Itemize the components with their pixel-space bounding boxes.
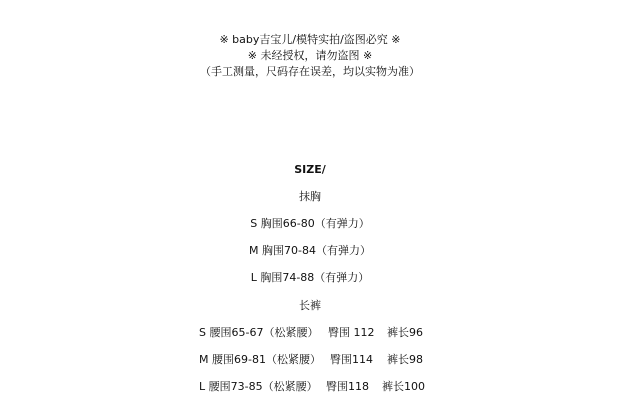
size-heading: SIZE/	[0, 163, 620, 177]
pants-title: 长裤	[0, 299, 620, 313]
notice-line-1: ※ baby吉宝儿/模特实拍/盗图必究 ※	[0, 33, 620, 47]
top-size-row-l: L 胸围74-88（有弹力）	[0, 271, 620, 285]
length-cell: 裤长98	[387, 353, 423, 367]
top-size-row-s: S 胸围66-80（有弹力）	[0, 217, 620, 231]
hip-cell: 臀围118	[326, 380, 369, 394]
top-title: 抹胸	[0, 190, 620, 204]
top-size-row-m: M 胸围70-84（有弹力）	[0, 244, 620, 258]
waist-cell: L 腰围73-85（松紧腰）	[199, 380, 318, 394]
notice-line-3: （手工测量，尺码存在误差，均以实物为准）	[0, 65, 620, 79]
length-cell: 裤长96	[387, 326, 423, 340]
pants-size-row-l: L 腰围73-85（松紧腰） 臀围118 裤长100	[0, 380, 620, 394]
hip-cell: 臀围114	[330, 353, 373, 367]
pants-size-row-s: S 腰围65-67（松紧腰） 臀围 112 裤长96	[0, 326, 620, 340]
hip-cell: 臀围 112	[328, 326, 375, 340]
pants-size-row-m: M 腰围69-81（松紧腰） 臀围114 裤长98	[0, 353, 620, 367]
notice-line-2: ※ 未经授权，请勿盗图 ※	[0, 49, 620, 63]
waist-cell: S 腰围65-67（松紧腰）	[199, 326, 318, 340]
waist-cell: M 腰围69-81（松紧腰）	[199, 353, 321, 367]
length-cell: 裤长100	[382, 380, 425, 394]
